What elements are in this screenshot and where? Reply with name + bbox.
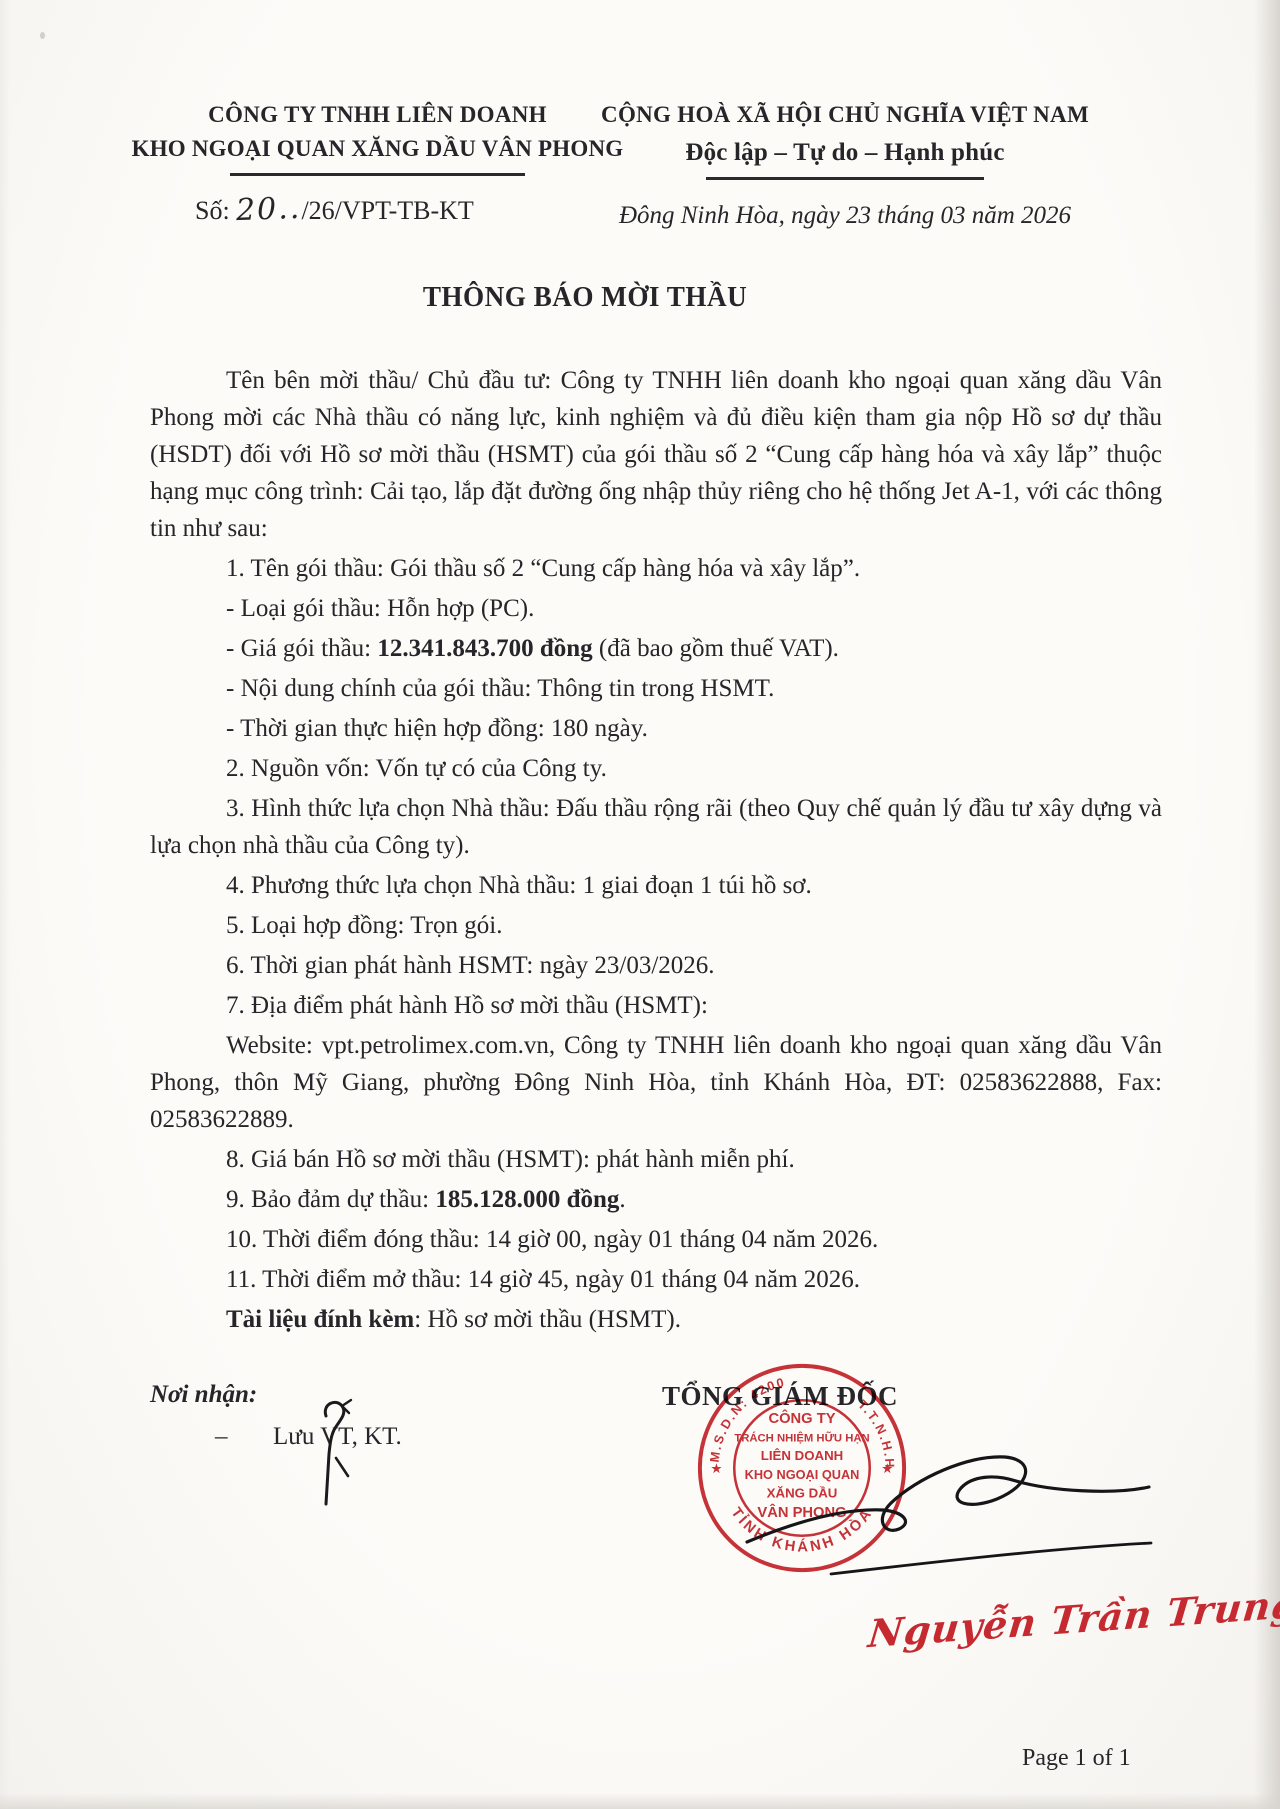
body-item: - Giá gói thầu: 12.341.843.700 đồng (đã … (150, 630, 1162, 667)
body-item: 9. Bảo đảm dự thầu: 185.128.000 đồng. (150, 1181, 1162, 1218)
body-item: 1. Tên gói thầu: Gói thầu số 2 “Cung cấp… (150, 550, 1162, 587)
body-item: 5. Loại hợp đồng: Trọn gói. (150, 907, 1162, 944)
recipients-label: Nơi nhận: (150, 1381, 257, 1409)
body-item: 10. Thời điểm đóng thầu: 14 giờ 00, ngày… (150, 1221, 1162, 1258)
document-body: Tên bên mời thầu/ Chủ đầu tư: Công ty TN… (150, 362, 1162, 1341)
body-item: - Loại gói thầu: Hỗn hợp (PC). (150, 590, 1162, 627)
document-number-label: Số: (195, 196, 236, 225)
header-left-rule (230, 173, 525, 176)
body-item: - Nội dung chính của gói thầu: Thông tin… (150, 670, 1162, 707)
scanned-document-page: { "header": { "left": { "line1": "CÔNG T… (0, 0, 1280, 1809)
national-motto-line2: Độc lập – Tự do – Hạnh phúc (600, 136, 1090, 170)
place-date-line: Đông Ninh Hòa, ngày 23 tháng 03 năm 2026 (600, 202, 1090, 230)
document-number-handwritten: 20.. (236, 191, 302, 228)
page-title: THÔNG BÁO MỜI THẦU (18, 282, 1153, 314)
recipients-dash: – (215, 1423, 273, 1451)
intro-paragraph: Tên bên mời thầu/ Chủ đầu tư: Công ty TN… (150, 362, 1162, 547)
seal-star-left-icon: ★ (710, 1461, 722, 1476)
body-item: 4. Phương thức lựa chọn Nhà thầu: 1 giai… (150, 867, 1162, 904)
header-national-block: CỘNG HOÀ XÃ HỘI CHỦ NGHĨA VIỆT NAM Độc l… (600, 98, 1090, 230)
company-name-line1: CÔNG TY TNHH LIÊN DOANH (95, 98, 660, 132)
body-item: Tài liệu đính kèm: Hồ sơ mời thầu (HSMT)… (150, 1301, 1162, 1338)
national-motto-line1: CỘNG HOÀ XÃ HỘI CHỦ NGHĨA VIỆT NAM (600, 98, 1090, 132)
body-item: 2. Nguồn vốn: Vốn tự có của Công ty. (150, 750, 1162, 787)
document-number-rest: /26/VPT-TB-KT (301, 196, 473, 225)
body-item: Website: vpt.petrolimex.com.vn, Công ty … (150, 1027, 1162, 1138)
document-number: Số: 20../26/VPT-TB-KT (95, 192, 660, 227)
director-signature (735, 1424, 1155, 1584)
body-item: 7. Địa điểm phát hành Hồ sơ mời thầu (HS… (150, 987, 1162, 1024)
company-name-line2: KHO NGOẠI QUAN XĂNG DẦU VÂN PHONG (95, 132, 660, 166)
header-right-rule (706, 177, 984, 180)
body-item: 6. Thời gian phát hành HSMT: ngày 23/03/… (150, 947, 1162, 984)
body-item: 8. Giá bán Hồ sơ mời thầu (HSMT): phát h… (150, 1141, 1162, 1178)
body-item: - Thời gian thực hiện hợp đồng: 180 ngày… (150, 710, 1162, 747)
header-company-block: CÔNG TY TNHH LIÊN DOANH KHO NGOẠI QUAN X… (95, 98, 660, 227)
handwritten-paraph (302, 1396, 372, 1514)
body-item: 11. Thời điểm mở thầu: 14 giờ 45, ngày 0… (150, 1261, 1162, 1298)
body-item: 3. Hình thức lựa chọn Nhà thầu: Đấu thầu… (150, 790, 1162, 864)
signer-name-script: Nguyễn Trần Trung (866, 1581, 1280, 1657)
page-number: Page 1 of 1 (1022, 1745, 1131, 1772)
scan-speck (40, 32, 45, 39)
